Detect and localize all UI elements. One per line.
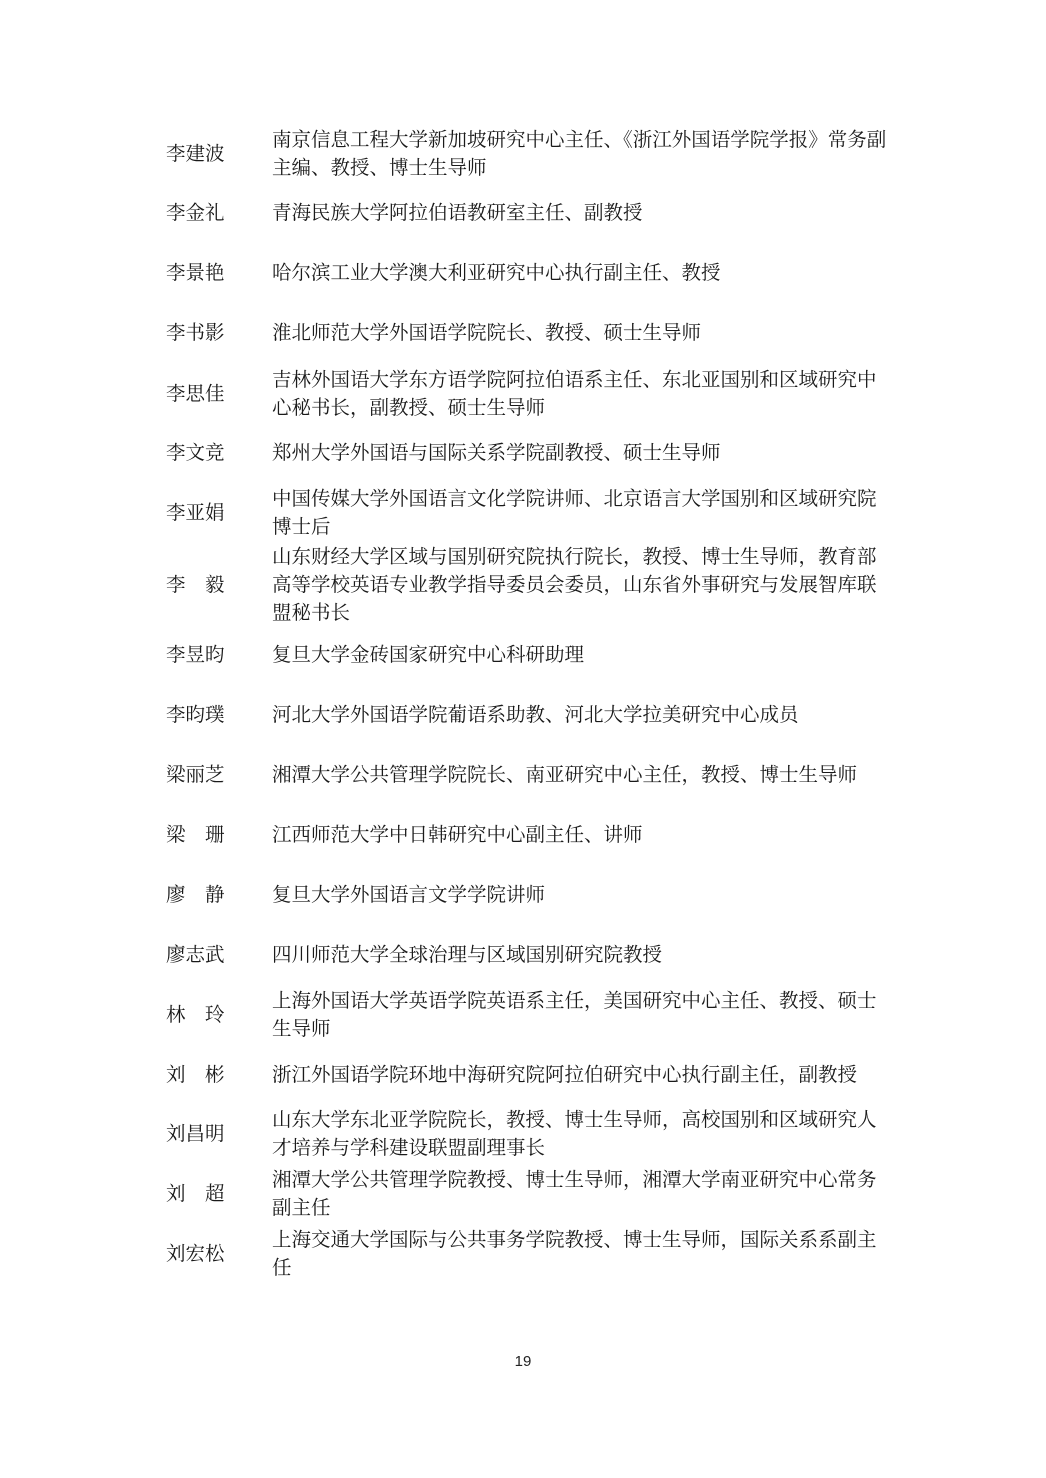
list-item: 李书影 淮北师范大学外国语学院院长、教授、硕士生导师	[0, 319, 1046, 347]
page-number: 19	[0, 1353, 1046, 1370]
person-name: 李思佳	[166, 380, 246, 408]
list-item: 刘 彬 浙江外国语学院环地中海研究院阿拉伯研究中心执行副主任，副教授	[0, 1061, 1046, 1089]
person-name: 刘昌明	[166, 1120, 246, 1148]
person-name: 廖志武	[166, 941, 246, 969]
person-description: 复旦大学金砖国家研究中心科研助理	[272, 641, 892, 669]
person-name: 林 玲	[166, 1001, 246, 1029]
list-item: 林 玲 上海外国语大学英语学院英语系主任，美国研究中心主任、教授、硕士生导师	[0, 987, 1046, 1043]
person-description: 河北大学外国语学院葡语系助教、河北大学拉美研究中心成员	[272, 701, 892, 729]
person-name: 刘 超	[166, 1180, 246, 1208]
person-name: 梁 珊	[166, 821, 246, 849]
person-description: 湘潭大学公共管理学院教授、博士生导师，湘潭大学南亚研究中心常务副主任	[272, 1166, 892, 1222]
person-description: 浙江外国语学院环地中海研究院阿拉伯研究中心执行副主任，副教授	[272, 1061, 892, 1089]
person-name: 李景艳	[166, 259, 246, 287]
person-description: 四川师范大学全球治理与区域国别研究院教授	[272, 941, 892, 969]
person-description: 中国传媒大学外国语言文化学院讲师、北京语言大学国别和区域研究院博士后	[272, 485, 892, 541]
person-name: 李文竞	[166, 439, 246, 467]
list-item: 李昀璞 河北大学外国语学院葡语系助教、河北大学拉美研究中心成员	[0, 701, 1046, 729]
person-description: 上海外国语大学英语学院英语系主任，美国研究中心主任、教授、硕士生导师	[272, 987, 892, 1043]
person-name: 李 毅	[166, 571, 246, 599]
list-item: 廖 静 复旦大学外国语言文学学院讲师	[0, 881, 1046, 909]
list-item: 李思佳 吉林外国语大学东方语学院阿拉伯语系主任、东北亚国别和区域研究中心秘书长，…	[0, 366, 1046, 422]
person-description: 江西师范大学中日韩研究中心副主任、讲师	[272, 821, 892, 849]
list-item: 刘宏松 上海交通大学国际与公共事务学院教授、博士生导师，国际关系系副主任	[0, 1226, 1046, 1282]
person-description: 哈尔滨工业大学澳大利亚研究中心执行副主任、教授	[272, 259, 892, 287]
list-item: 李亚娟 中国传媒大学外国语言文化学院讲师、北京语言大学国别和区域研究院博士后	[0, 485, 1046, 541]
list-item: 李景艳 哈尔滨工业大学澳大利亚研究中心执行副主任、教授	[0, 259, 1046, 287]
person-description: 上海交通大学国际与公共事务学院教授、博士生导师，国际关系系副主任	[272, 1226, 892, 1282]
list-item: 李建波 南京信息工程大学新加坡研究中心主任、《浙江外国语学院学报》常务副主编、教…	[0, 126, 1046, 182]
person-name: 李书影	[166, 319, 246, 347]
list-item: 梁 珊 江西师范大学中日韩研究中心副主任、讲师	[0, 821, 1046, 849]
person-name: 李昀璞	[166, 701, 246, 729]
list-item: 李 毅 山东财经大学区域与国别研究院执行院长，教授、博士生导师，教育部高等学校英…	[0, 543, 1046, 627]
list-item: 李金礼 青海民族大学阿拉伯语教研室主任、副教授	[0, 199, 1046, 227]
document-page: 李建波 南京信息工程大学新加坡研究中心主任、《浙江外国语学院学报》常务副主编、教…	[0, 0, 1046, 1478]
person-description: 山东大学东北亚学院院长，教授、博士生导师，高校国别和区域研究人才培养与学科建设联…	[272, 1106, 892, 1162]
person-name: 李建波	[166, 140, 246, 168]
person-description: 南京信息工程大学新加坡研究中心主任、《浙江外国语学院学报》常务副主编、教授、博士…	[272, 126, 892, 182]
list-item: 廖志武 四川师范大学全球治理与区域国别研究院教授	[0, 941, 1046, 969]
person-description: 山东财经大学区域与国别研究院执行院长，教授、博士生导师，教育部高等学校英语专业教…	[272, 543, 892, 627]
person-description: 郑州大学外国语与国际关系学院副教授、硕士生导师	[272, 439, 892, 467]
person-description: 湘潭大学公共管理学院院长、南亚研究中心主任，教授、博士生导师	[272, 761, 892, 789]
list-item: 梁丽芝 湘潭大学公共管理学院院长、南亚研究中心主任，教授、博士生导师	[0, 761, 1046, 789]
list-item: 李昱昀 复旦大学金砖国家研究中心科研助理	[0, 641, 1046, 669]
list-item: 刘昌明 山东大学东北亚学院院长，教授、博士生导师，高校国别和区域研究人才培养与学…	[0, 1106, 1046, 1162]
list-item: 李文竞 郑州大学外国语与国际关系学院副教授、硕士生导师	[0, 439, 1046, 467]
person-name: 李亚娟	[166, 499, 246, 527]
person-description: 淮北师范大学外国语学院院长、教授、硕士生导师	[272, 319, 892, 347]
person-name: 刘 彬	[166, 1061, 246, 1089]
person-description: 吉林外国语大学东方语学院阿拉伯语系主任、东北亚国别和区域研究中心秘书长，副教授、…	[272, 366, 892, 422]
person-name: 刘宏松	[166, 1240, 246, 1268]
person-name: 廖 静	[166, 881, 246, 909]
person-name: 李昱昀	[166, 641, 246, 669]
person-description: 青海民族大学阿拉伯语教研室主任、副教授	[272, 199, 892, 227]
person-name: 李金礼	[166, 199, 246, 227]
list-item: 刘 超 湘潭大学公共管理学院教授、博士生导师，湘潭大学南亚研究中心常务副主任	[0, 1166, 1046, 1222]
person-description: 复旦大学外国语言文学学院讲师	[272, 881, 892, 909]
person-name: 梁丽芝	[166, 761, 246, 789]
